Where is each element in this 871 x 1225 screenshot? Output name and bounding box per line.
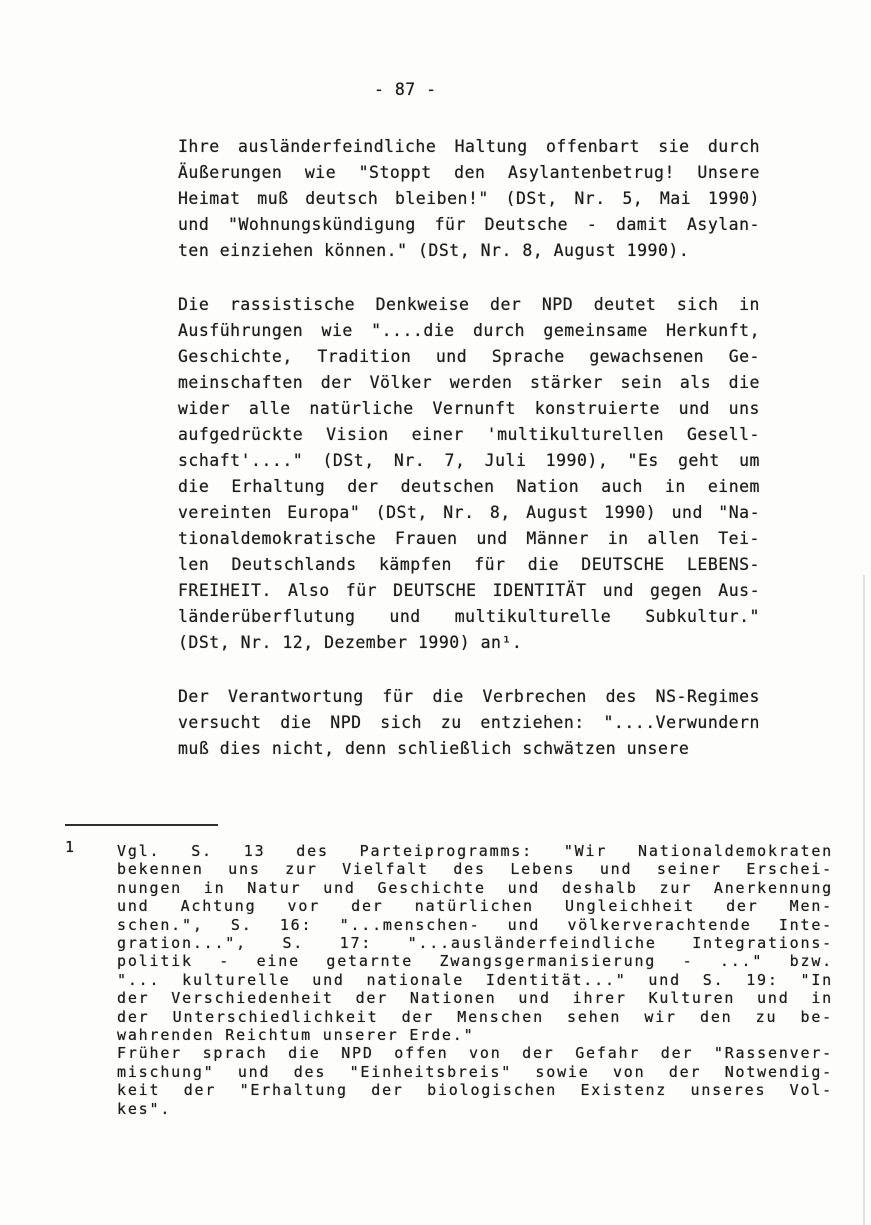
paragraph-ns-regime: Der Verantwortung für die Verbrechen des… xyxy=(178,684,760,762)
footnote-separator-line xyxy=(65,824,218,826)
text-line: und "Wohnungskündigung für Deutsche - da… xyxy=(178,212,760,238)
text-line: versucht die NPD sich zu entziehen: "...… xyxy=(178,710,760,736)
footnote-text: Vgl. S. 13 des Parteiprogramms: "Wir Nat… xyxy=(117,842,833,1118)
text-line: (DSt, Nr. 12, Dezember 1990) an¹. xyxy=(178,630,760,656)
text-line: die Erhaltung der deutschen Nation auch … xyxy=(178,474,760,500)
text-line: schaft'...." (DSt, Nr. 7, Juli 1990), "E… xyxy=(178,448,760,474)
footnote-marker: 1 xyxy=(65,838,117,1114)
text-line: len Deutschlands kämpfen für die DEUTSCH… xyxy=(178,552,760,578)
text-line: FREIHEIT. Also für DEUTSCHE IDENTITÄT un… xyxy=(178,578,760,604)
text-line: und Achtung vor der natürlichen Ungleich… xyxy=(117,897,833,915)
text-line: aufgedrückte Vision einer 'multikulturel… xyxy=(178,422,760,448)
text-line: vereinten Europa" (DSt, Nr. 8, August 19… xyxy=(178,500,760,526)
scan-edge-artifact xyxy=(863,575,865,1225)
text-line: wahrenden Reichtum unserer Erde." xyxy=(117,1026,833,1044)
main-text: Ihre ausländerfeindliche Haltung offenba… xyxy=(178,134,760,762)
paragraph-racist-thinking: Die rassistische Denkweise der NPD deute… xyxy=(178,292,760,656)
footnote: 1 Vgl. S. 13 des Parteiprogramms: "Wir N… xyxy=(65,842,833,1118)
footnote-paragraph-frueher: Früher sprach die NPD offen von der Gefa… xyxy=(117,1044,833,1118)
text-line: kes". xyxy=(117,1100,833,1118)
text-line: Heimat muß deutsch bleiben!" (DSt, Nr. 5… xyxy=(178,186,760,212)
text-line: der Unterschiedlichkeit der Menschen seh… xyxy=(117,1008,833,1026)
text-line: keit der "Erhaltung der biologischen Exi… xyxy=(117,1081,833,1099)
text-line: Ausführungen wie "....die durch gemeinsa… xyxy=(178,318,760,344)
text-line: Äußerungen wie "Stoppt den Asylantenbetr… xyxy=(178,160,760,186)
text-line: nungen in Natur und Geschichte und desha… xyxy=(117,879,833,897)
text-line: Früher sprach die NPD offen von der Gefa… xyxy=(117,1044,833,1062)
text-line: meinschaften der Völker werden stärker s… xyxy=(178,370,760,396)
footnote-paragraph-program-quotes: Vgl. S. 13 des Parteiprogramms: "Wir Nat… xyxy=(117,842,833,1044)
text-line: gration...", S. 17: "...ausländerfeindli… xyxy=(117,934,833,952)
text-line: politik - eine getarnte Zwangsgermanisie… xyxy=(117,952,833,970)
text-line: Der Verantwortung für die Verbrechen des… xyxy=(178,684,760,710)
text-line: tionaldemokratische Frauen und Männer in… xyxy=(178,526,760,552)
text-line: muß dies nicht, denn schließlich schwätz… xyxy=(178,736,760,762)
text-line: Vgl. S. 13 des Parteiprogramms: "Wir Nat… xyxy=(117,842,833,860)
text-line: mischung" und des "Einheitsbreis" sowie … xyxy=(117,1063,833,1081)
text-line: wider alle natürliche Vernunft konstruie… xyxy=(178,396,760,422)
paragraph-xenophobic-statements: Ihre ausländerfeindliche Haltung offenba… xyxy=(178,134,760,264)
page-number: - 87 - xyxy=(374,82,871,98)
text-line: Ihre ausländerfeindliche Haltung offenba… xyxy=(178,134,760,160)
text-line: schen.", S. 16: "...menschen- und völker… xyxy=(117,916,833,934)
text-line: bekennen uns zur Vielfalt des Lebens und… xyxy=(117,860,833,878)
scanned-page: - 87 - Ihre ausländerfeindliche Haltung … xyxy=(0,0,871,1225)
text-line: "... kulturelle und nationale Identität.… xyxy=(117,971,833,989)
text-line: Geschichte, Tradition und Sprache gewach… xyxy=(178,344,760,370)
text-line: ten einziehen können." (DSt, Nr. 8, Augu… xyxy=(178,238,760,264)
text-line: Die rassistische Denkweise der NPD deute… xyxy=(178,292,760,318)
text-line: der Verschiedenheit der Nationen und ihr… xyxy=(117,989,833,1007)
text-line: länderüberflutung und multikulturelle Su… xyxy=(178,604,760,630)
